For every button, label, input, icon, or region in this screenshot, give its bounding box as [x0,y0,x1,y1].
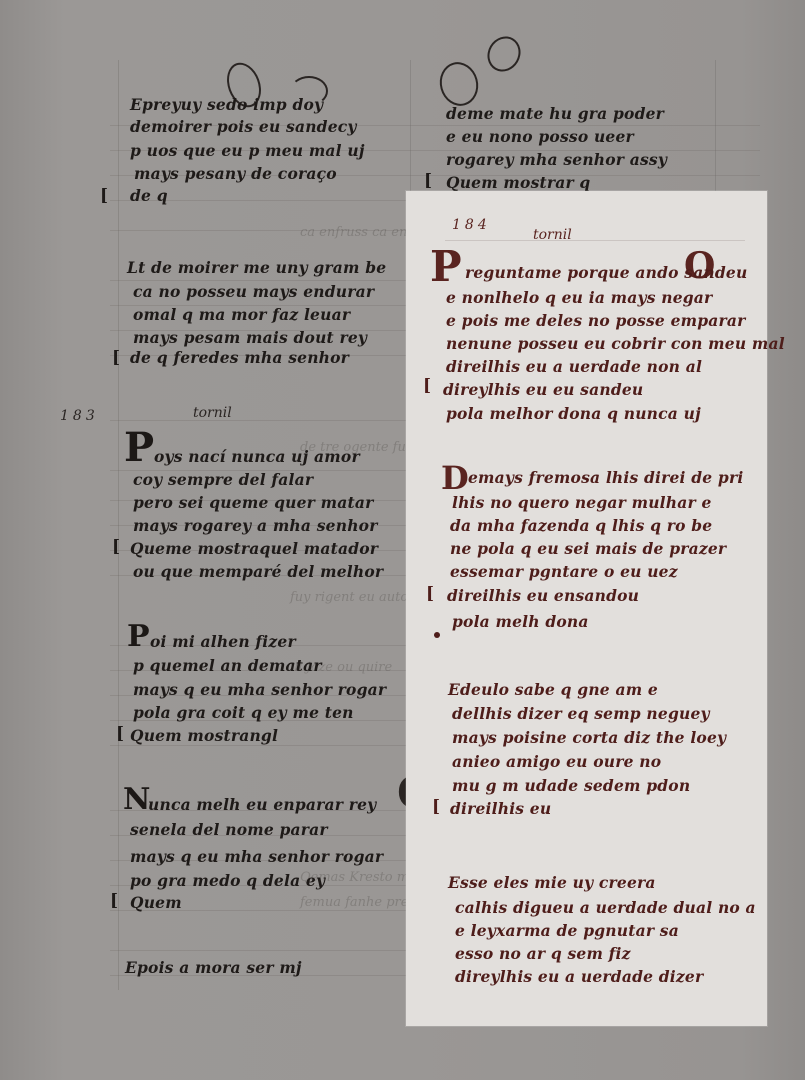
refrain-paragraph-mark: [ [424,171,432,191]
refrain-paragraph-mark: [ [112,348,120,368]
verse-line: rogarey mha senhor assy [446,150,667,169]
poem-rubric: tornil [193,405,232,421]
refrain-paragraph-mark: [ [112,537,120,557]
verse-line: mays pesany de coraço [134,164,337,183]
verse-line: oys nací nunca uj amor [154,447,360,466]
verse-line: Quem mostrar q [446,173,590,192]
verse-line: direylhis eu eu sandeu [443,380,643,399]
decorated-initial: P [430,246,462,288]
verse-line: e pois me deles no posse emparar [446,311,746,330]
verse-line: mays pesam mais dout rey [133,328,367,347]
cadel-loop-icon [481,30,527,77]
verse-line: esso no ar q sem fiz [455,944,631,963]
ink-blot [434,632,440,638]
verse-line: Queme mostraquel matador [130,539,378,558]
verse-line: calhis digueu a uerdade dual no a [455,898,756,917]
decorated-initial: N [123,785,150,815]
refrain-paragraph-mark: [ [432,797,440,817]
poem-number: 183 [60,408,99,424]
verse-line: pola gra coit q ey me ten [133,703,354,722]
verse-line: coy sempre del falar [133,470,313,489]
refrain-paragraph-mark: [ [423,376,431,396]
cadel-flourish-icon [435,58,483,110]
refrain-paragraph-mark: [ [426,584,434,604]
verse-line: Quem mostrangl [130,726,278,745]
verse-line: mu g m udade sedem pdon [452,776,690,795]
verse-line: de q [130,186,168,205]
verse-line: Edeulo sabe q gne am e [448,680,658,699]
verse-line: oi mi alhen fizer [150,632,296,651]
verse-line: unca melh eu enparar rey [148,795,376,814]
verse-line-last: Epois a mora ser mj [125,958,302,977]
poem-rubric: tornil [533,227,572,243]
verse-line: e eu nono posso ueer [446,127,634,146]
verse-line: anieo amigo eu oure no [452,752,661,771]
verse-line: e leyxarma de pgnutar sa [455,921,679,940]
verse-line: deme mate hu gra poder [446,104,664,123]
verse-line: direilhis eu a uerdade non al [446,357,702,376]
verse-line: direylhis eu a uerdade dizer [455,967,703,986]
verse-line: mays q eu mha senhor rogar [133,680,386,699]
verse-line: lhis no quero negar mulhar e [452,493,712,512]
refrain-paragraph-mark: [ [100,186,108,206]
decorated-initial: P [127,622,150,652]
verse-line: essemar pgntare o eu uez [450,562,678,581]
verse-line: dellhis dizer eq semp neguey [452,704,710,723]
verse-line: reguntame porque ando sandeu [465,263,747,282]
verse-line: demoirer pois eu sandecy [130,117,357,136]
manuscript-page: ca enfruss ca enos cas de tre ogente fus… [0,0,805,1080]
verse-line: ca no posseu mays endurar [133,282,374,301]
verse-line: mays q eu mha senhor rogar [130,847,383,866]
verse-line: senela del nome parar [130,820,328,839]
verse-line: pola melh dona [452,612,589,631]
refrain-paragraph-mark: [ [116,724,124,744]
verse-line: pola melhor dona q nunca uj [446,404,701,423]
decorated-initial: P [124,428,154,468]
poem-number: 184 [452,217,491,233]
verse-line: ne pola q eu sei mais de prazer [450,539,726,558]
verse-line: Epreyuy sedo imp doy [130,95,323,114]
verse-line: direilhis eu ensandou [447,586,639,605]
verse-line: mays rogarey a mha senhor [133,516,378,535]
verse-line: Esse eles mie uy creera [448,873,656,892]
verse-line: emays fremosa lhis direi de pri [468,468,743,487]
verse-line: de q feredes mha senhor [130,348,349,367]
verse-line: nenune posseu eu cobrir con meu mal [446,334,785,353]
verse-line: mays poisine corta diz the loey [452,728,726,747]
verse-line: p uos que eu p meu mal uj [130,141,365,160]
refrain-paragraph-mark: [ [110,891,118,911]
decorated-initial: D [441,462,469,494]
verse-line: direilhis eu [450,799,551,818]
verse-line: ou que memparé del melhor [133,562,383,581]
verse-line: pero sei queme quer matar [133,493,373,512]
verse-line: da mha fazenda q lhis q ro be [450,516,712,535]
verse-line: Quem [130,893,182,912]
verse-line: p quemel an dematar [133,656,322,675]
verse-line: po gra medo q dela ey [130,871,325,890]
verse-line: omal q ma mor faz leuar [133,305,350,324]
verse-line: e nonlhelo q eu ia mays negar [446,288,712,307]
verse-line: Lt de moirer me uny gram be [127,258,386,277]
